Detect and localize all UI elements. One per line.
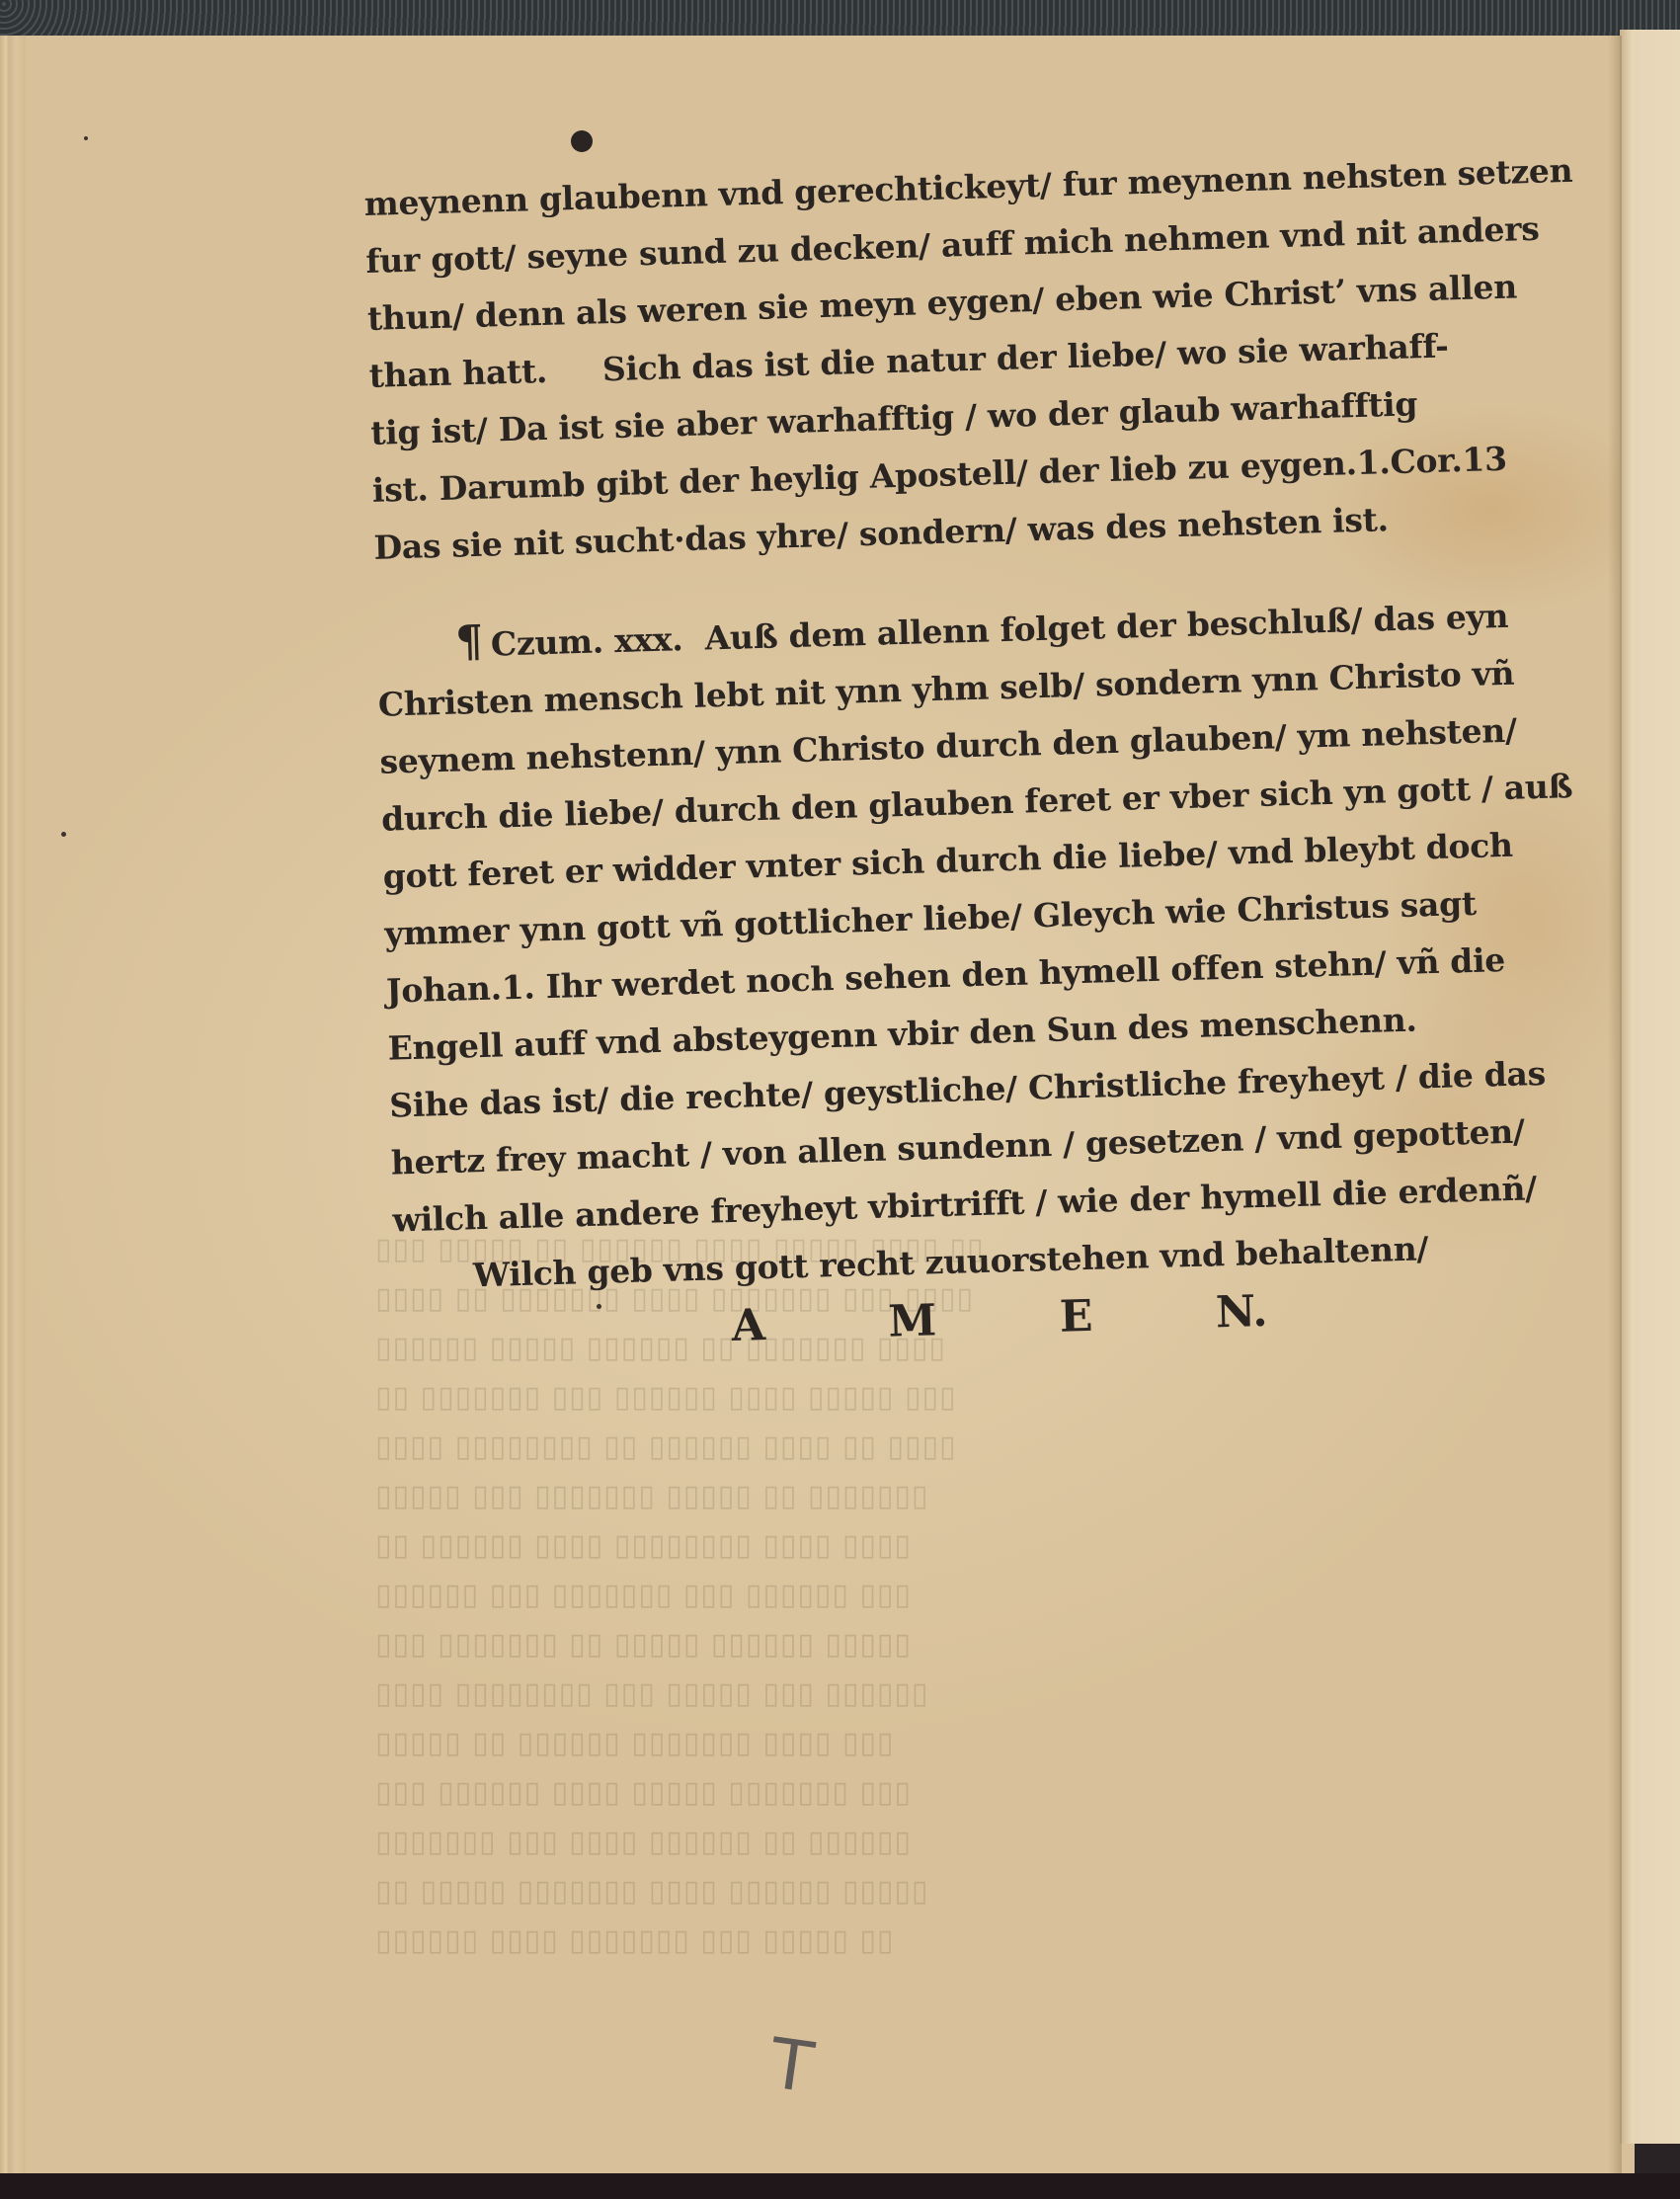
gutter-shadow — [1608, 36, 1622, 2175]
page-fold-edge — [0, 36, 26, 2175]
bleed-line: ▯▯ ▯▯▯▯▯▯▯ ▯▯▯ ▯▯▯▯▯▯ ▯▯▯▯ ▯▯▯▯▯ ▯▯▯ — [375, 1373, 1541, 1423]
pilcrow-icon: ¶ — [455, 616, 484, 668]
bleed-line: ▯▯▯▯▯▯ ▯▯▯▯ ▯▯▯▯▯▯▯ ▯▯▯ ▯▯▯▯▯ ▯▯ — [375, 1916, 1541, 1966]
bleed-line: ▯▯▯▯ ▯▯▯▯▯▯▯▯ ▯▯▯ ▯▯▯▯▯ ▯▯▯ ▯▯▯▯▯▯ — [375, 1670, 1541, 1719]
printed-text-block: meynenn glaubenn vnd gerechtickeyt/ fur … — [363, 142, 1581, 1365]
bleed-line: ▯▯▯▯▯▯▯ ▯▯▯ ▯▯▯▯ ▯▯▯▯▯▯ ▯▯ ▯▯▯▯▯▯ — [375, 1818, 1541, 1867]
paragraph-1: meynenn glaubenn vnd gerechtickeyt/ fur … — [363, 142, 1560, 576]
bleed-line: ▯▯▯▯▯ ▯▯ ▯▯▯▯▯▯ ▯▯▯▯▯▯▯ ▯▯▯▯ ▯▯▯ — [375, 1719, 1541, 1768]
bleed-line: ▯▯▯ ▯▯▯▯▯▯ ▯▯▯▯ ▯▯▯▯▯ ▯▯▯▯▯▯▯ ▯▯▯ — [375, 1768, 1541, 1818]
book-binding-bottom — [0, 2173, 1680, 2199]
next-page-edge — [1620, 30, 1680, 2144]
paragraph-2: ¶Czum. xxx. Auß dem allenn folget der be… — [375, 583, 1581, 1365]
bleed-line: ▯▯▯▯ ▯▯▯▯▯▯▯▯ ▯▯ ▯▯▯▯▯▯ ▯▯▯▯ ▯▯ ▯▯▯▯ — [375, 1423, 1541, 1472]
bleed-line: ▯▯▯ ▯▯▯▯▯▯▯ ▯▯ ▯▯▯▯▯ ▯▯▯▯▯▯ ▯▯▯▯▯ — [375, 1620, 1541, 1670]
bleed-line: ▯▯ ▯▯▯▯▯▯ ▯▯▯▯ ▯▯▯▯▯▯▯▯ ▯▯▯▯ ▯▯▯▯ — [375, 1521, 1541, 1571]
ink-dot-ornament — [571, 130, 593, 152]
paper-speck — [84, 136, 88, 140]
book-binding-top — [0, 0, 1680, 38]
bleed-line: ▯▯▯▯▯ ▯▯▯ ▯▯▯▯▯▯▯ ▯▯▯▯▯ ▯▯ ▯▯▯▯▯▯▯ — [375, 1472, 1541, 1521]
bleed-line: ▯▯▯▯▯▯ ▯▯▯ ▯▯▯▯▯▯▯ ▯▯▯ ▯▯▯▯▯▯ ▯▯▯ — [375, 1571, 1541, 1620]
paper-speck — [597, 1304, 601, 1309]
bleed-line: ▯▯ ▯▯▯▯▯ ▯▯▯▯▯▯▯ ▯▯▯▯ ▯▯▯▯▯▯ ▯▯▯▯▯ — [375, 1867, 1541, 1916]
paper-speck — [61, 832, 66, 837]
